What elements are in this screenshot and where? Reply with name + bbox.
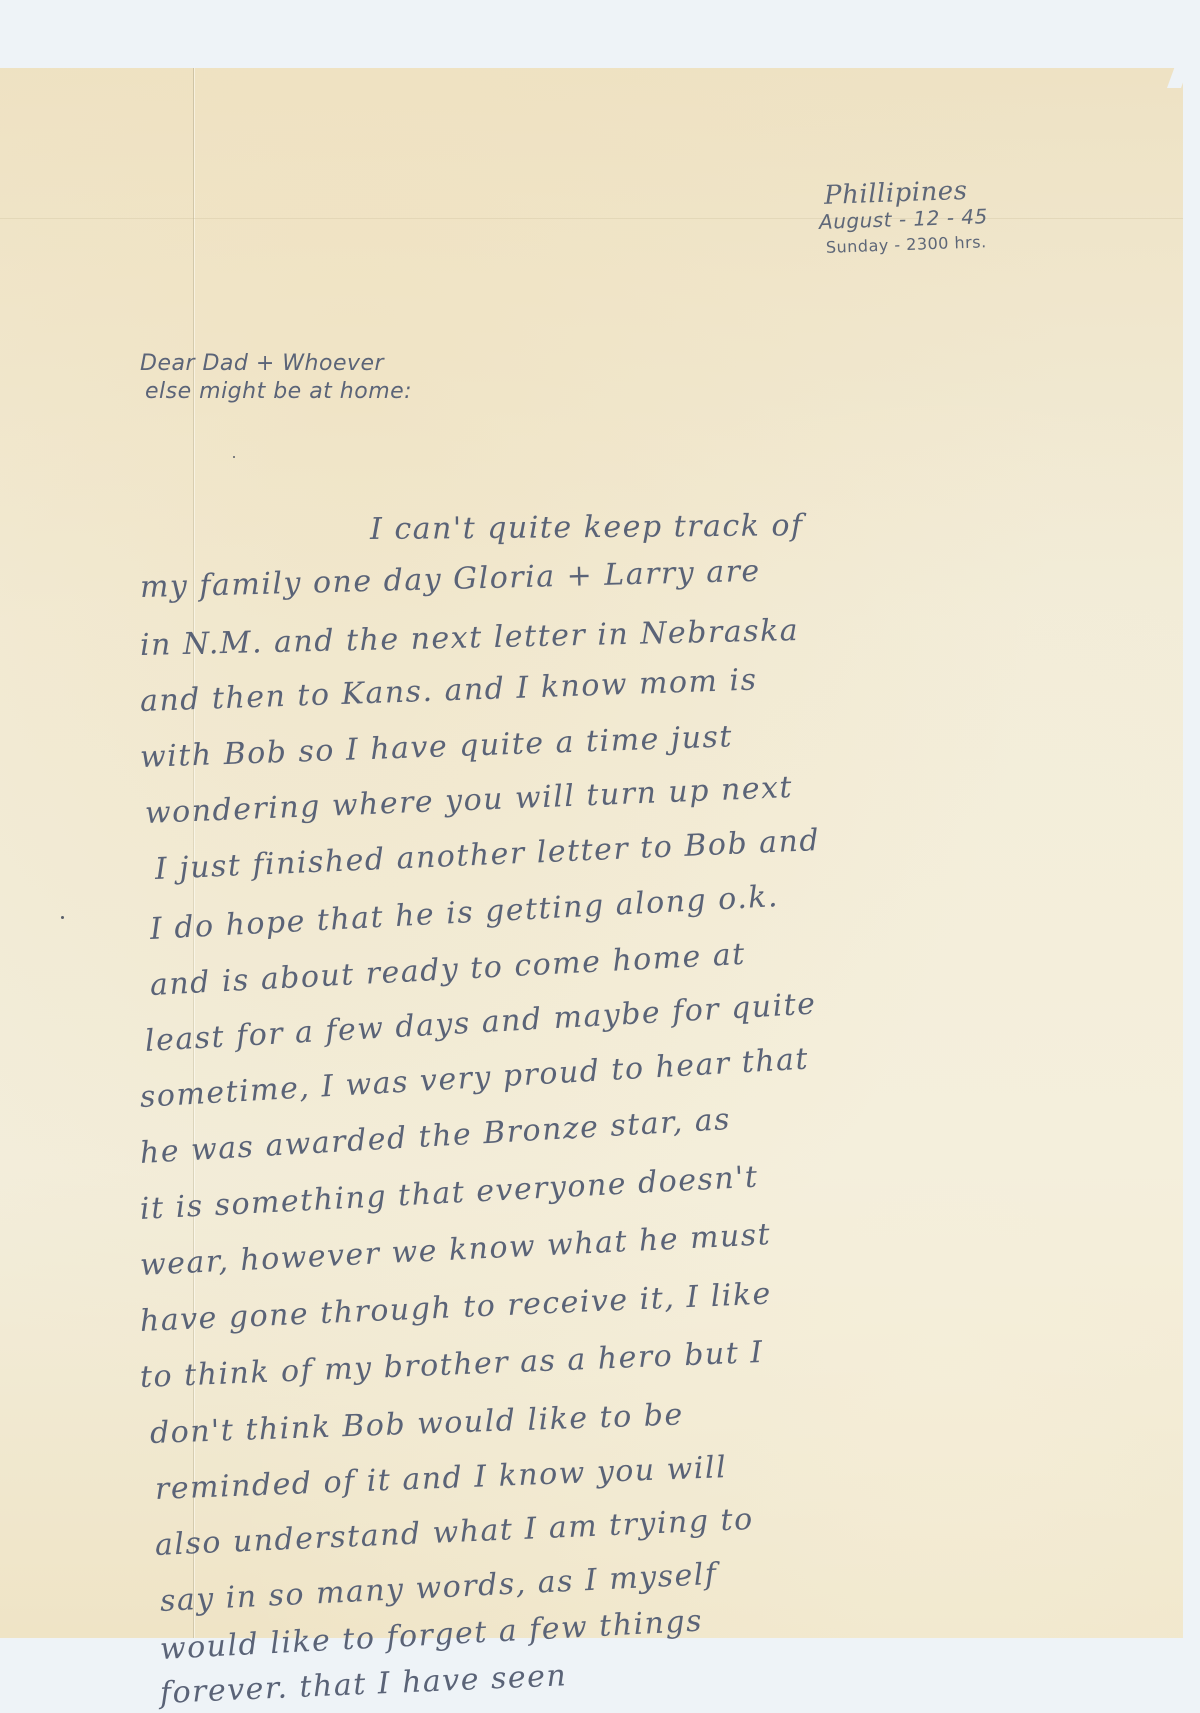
horizontal-fold-crease bbox=[0, 218, 1183, 219]
body-line: I can't quite keep track of bbox=[370, 508, 804, 547]
ink-speck bbox=[61, 916, 64, 919]
ink-speck bbox=[233, 456, 235, 458]
salutation-line-1: Dear Dad + Whoever bbox=[140, 350, 412, 378]
letter-salutation: Dear Dad + Whoever else might be at home… bbox=[140, 350, 412, 406]
letter-dateline: Phillipines August - 12 - 45 Sunday - 23… bbox=[824, 177, 989, 261]
salutation-line-2: else might be at home: bbox=[145, 378, 412, 406]
body-line: forever. that I have seen bbox=[159, 1658, 568, 1711]
